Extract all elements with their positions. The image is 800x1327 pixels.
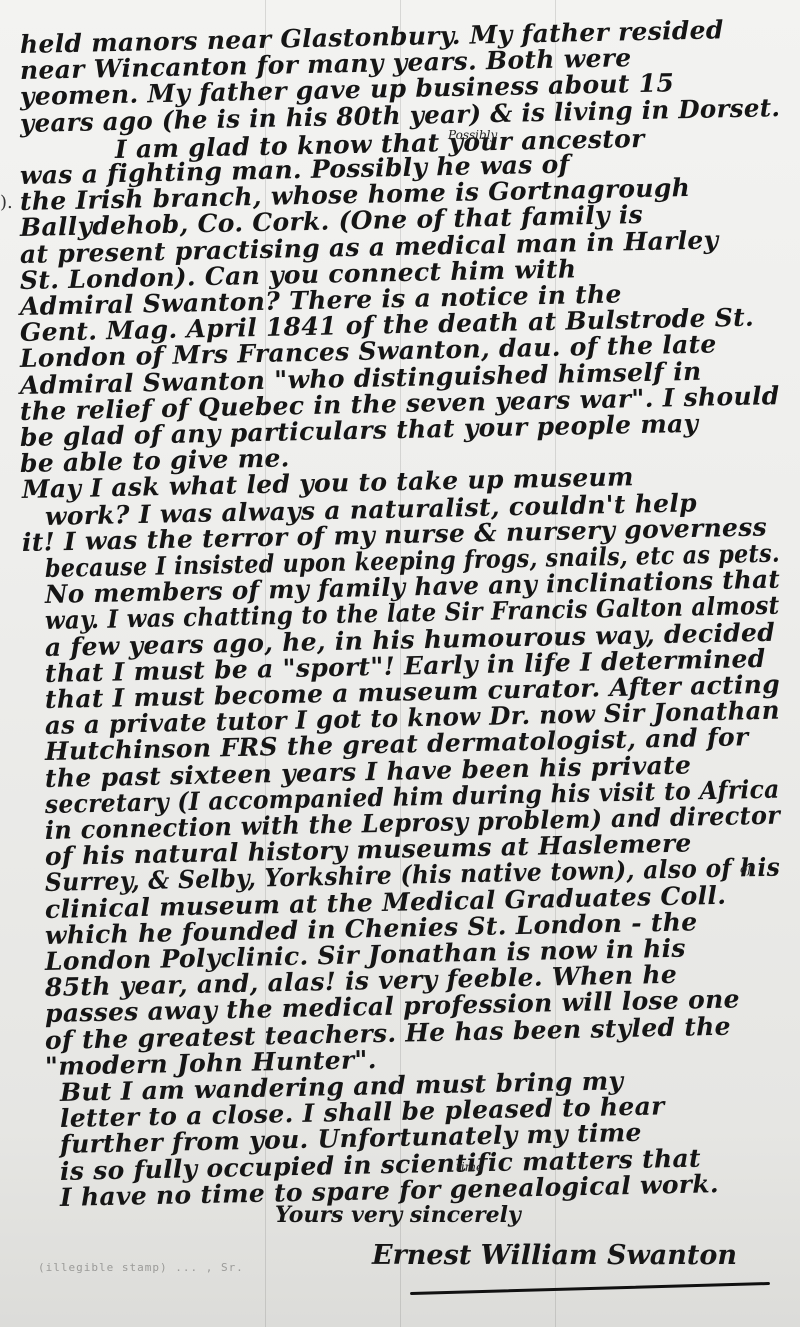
insertion-time: time (456, 1160, 483, 1174)
faint-stamp: (illegible stamp) ... , Sr. (38, 1261, 244, 1274)
signature: Ernest William Swanton (372, 1240, 737, 1271)
closing-salutation: Yours very sincerely (275, 1202, 521, 1228)
signature-underline (410, 1282, 770, 1295)
margin-mark: ). (0, 192, 13, 213)
insertion-possibly: Possibly (448, 128, 497, 142)
insertion-of: of (740, 862, 752, 876)
letter-page: ). held manors near Glastonbury. My fath… (0, 0, 800, 1327)
